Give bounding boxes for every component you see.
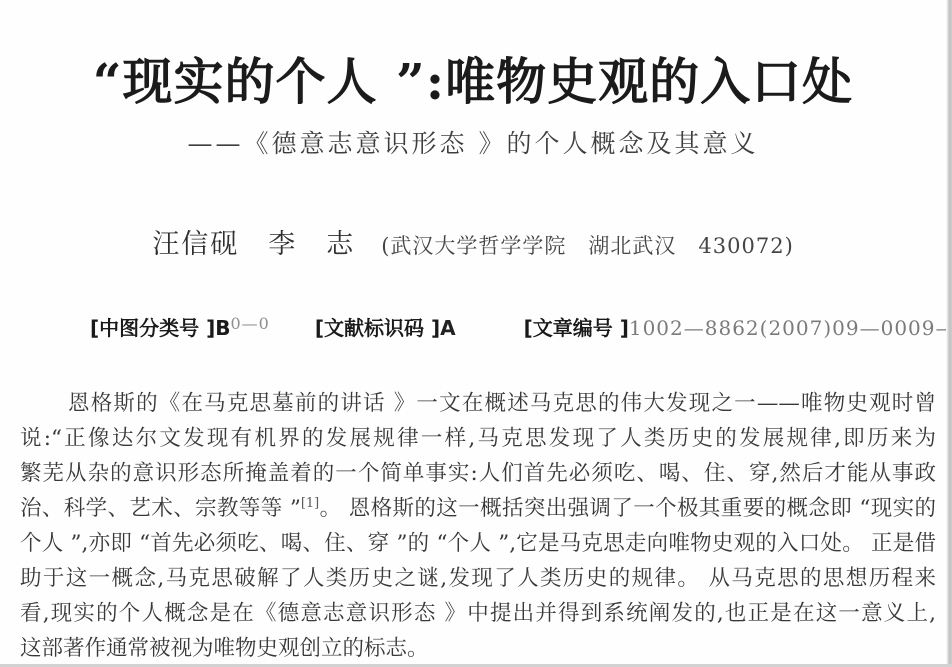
footnote-ref-1: [1] — [301, 496, 319, 511]
doc-code-entry: [文献标识码 ] A — [315, 312, 456, 341]
body-line-6: 助于这一概念,马克思破解了人类历史之谜,发现了人类历史的规律。 从马克思的思想历… — [20, 561, 936, 596]
page-edge-right — [946, 0, 952, 667]
page-title: “现实的个人 ”:唯物史观的入口处 — [0, 42, 946, 114]
body-line-4-text-after: 。 恩格斯的这一概括突出强调了一个极其重要的概念即 “现实的 — [319, 496, 936, 521]
body-line-2: 说:“正像达尔文发现有机界的发展规律一样,马克思发现了人类历史的发展规律,即历来… — [20, 421, 936, 456]
body-line-4-text: 治、科学、艺术、宗教等等 ” — [20, 496, 301, 521]
body-paragraph: 恩格斯的《在马克思墓前的讲话 》一文在概述马克思的伟大发现之一——唯物史观时曾 … — [20, 386, 936, 666]
article-id-entry: [文章编号 ] 1002—8862(2007)09—0009—07 — [524, 312, 952, 341]
author-line: 汪信砚 李 志 (武汉大学哲学学院 湖北武汉 430072) — [0, 222, 946, 261]
article-id-label: [文章编号 ] — [524, 312, 629, 341]
author-names: 汪信砚 李 志 — [152, 222, 355, 261]
clc-label: [中图分类号 ] — [90, 312, 215, 341]
page-subtitle: ——《德意志意识形态 》的个人概念及其意义 — [0, 124, 946, 160]
doc-code-label: [文献标识码 ] — [315, 312, 440, 341]
clc-value: B — [215, 316, 230, 340]
author-affiliation: (武汉大学哲学学院 湖北武汉 430072) — [381, 230, 794, 260]
clc-value-sup: 0—0 — [231, 314, 270, 333]
body-line-1: 恩格斯的《在马克思墓前的讲话 》一文在概述马克思的伟大发现之一——唯物史观时曾 — [20, 386, 936, 421]
body-line-8: 这部著作通常被视为唯物史观创立的标志。 — [20, 631, 936, 666]
body-line-3: 繁芜从杂的意识形态所掩盖着的一个简单事实:人们首先必须吃、喝、住、穿,然后才能从… — [20, 456, 936, 491]
doc-code-value: A — [440, 316, 455, 340]
clc-entry: [中图分类号 ] B 0—0 — [90, 312, 270, 341]
body-line-5: 个人 ”,亦即 “首先必须吃、喝、住、穿 ”的 “个人 ”,它是马克思走向唯物史… — [20, 526, 936, 561]
body-line-7: 看,现实的个人概念是在《德意志意识形态 》中提出并得到系统阐发的,也正是在这一意… — [20, 596, 936, 631]
classification-line: [中图分类号 ] B 0—0 [文献标识码 ] A [文章编号 ] 1002—8… — [90, 312, 952, 341]
article-id-value: 1002—8862(2007)09—0009—07 — [629, 316, 952, 340]
body-line-4: 治、科学、艺术、宗教等等 ”[1]。 恩格斯的这一概括突出强调了一个极其重要的概… — [20, 491, 936, 526]
scanned-paper-page: “现实的个人 ”:唯物史观的入口处 ——《德意志意识形态 》的个人概念及其意义 … — [0, 0, 952, 667]
